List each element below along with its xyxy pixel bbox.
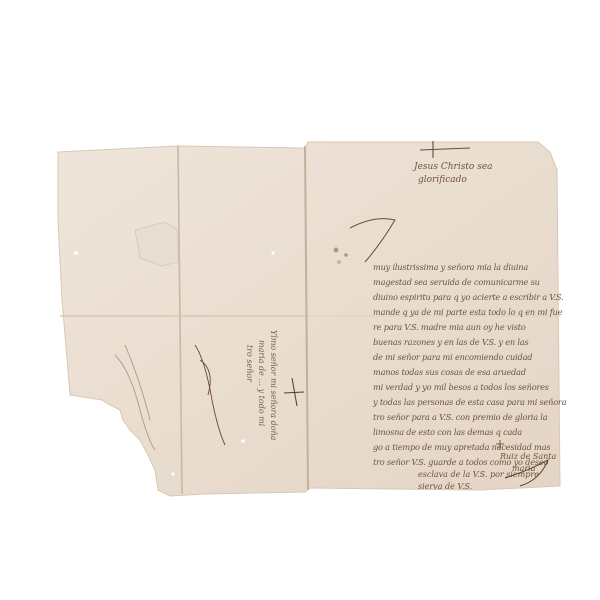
verso-note-line-3: tro señor xyxy=(245,345,254,382)
body-line: y todas las personas de esta casa para m… xyxy=(373,397,566,407)
verso-note-line-2: maria de ... y todo mi xyxy=(257,340,266,426)
body-line: buenas razones y en las de V.S. y en las xyxy=(373,337,528,347)
letter-photo: Jesus Christo sea glorificado muy ilustr… xyxy=(0,0,600,600)
body-line: go a tiempo de muy apretada necesidad ma… xyxy=(373,442,550,452)
body-line: diuino espiritu para q yo acierte a escr… xyxy=(373,292,564,302)
verso-note-line-1: Ylmo señor mi señora doña xyxy=(269,330,278,440)
body-line: mande q ya de mi parte esta todo lo q en… xyxy=(373,307,562,317)
body-line: tro señor para a V.S. con premio de glor… xyxy=(373,412,547,422)
body-line: manos todas sus cosas de esa aruedad xyxy=(373,367,526,377)
body-line: magestad sea seruida de comunicarme su xyxy=(373,277,540,287)
body-line: de mi señor para mi encomiendo cuidad xyxy=(373,352,532,362)
body-line: re para V.S. madre mia aun oy he visto xyxy=(373,322,526,332)
closing-line-2: sierva de V.S. xyxy=(418,482,472,491)
signature-line-1: Ruiz de Santa xyxy=(500,452,556,461)
letter-heading-line-2: glorificado xyxy=(418,175,467,185)
body-line: limosna de esto con las demas q cada xyxy=(373,427,522,437)
letter-heading-line-1: Jesus Christo sea xyxy=(414,162,493,172)
body-line: muy ilustrissima y señora mia la diuina xyxy=(373,262,528,272)
signature-line-2: maria xyxy=(512,464,536,473)
body-line: mi verdad y yo mil besos a todos los señ… xyxy=(373,382,549,392)
